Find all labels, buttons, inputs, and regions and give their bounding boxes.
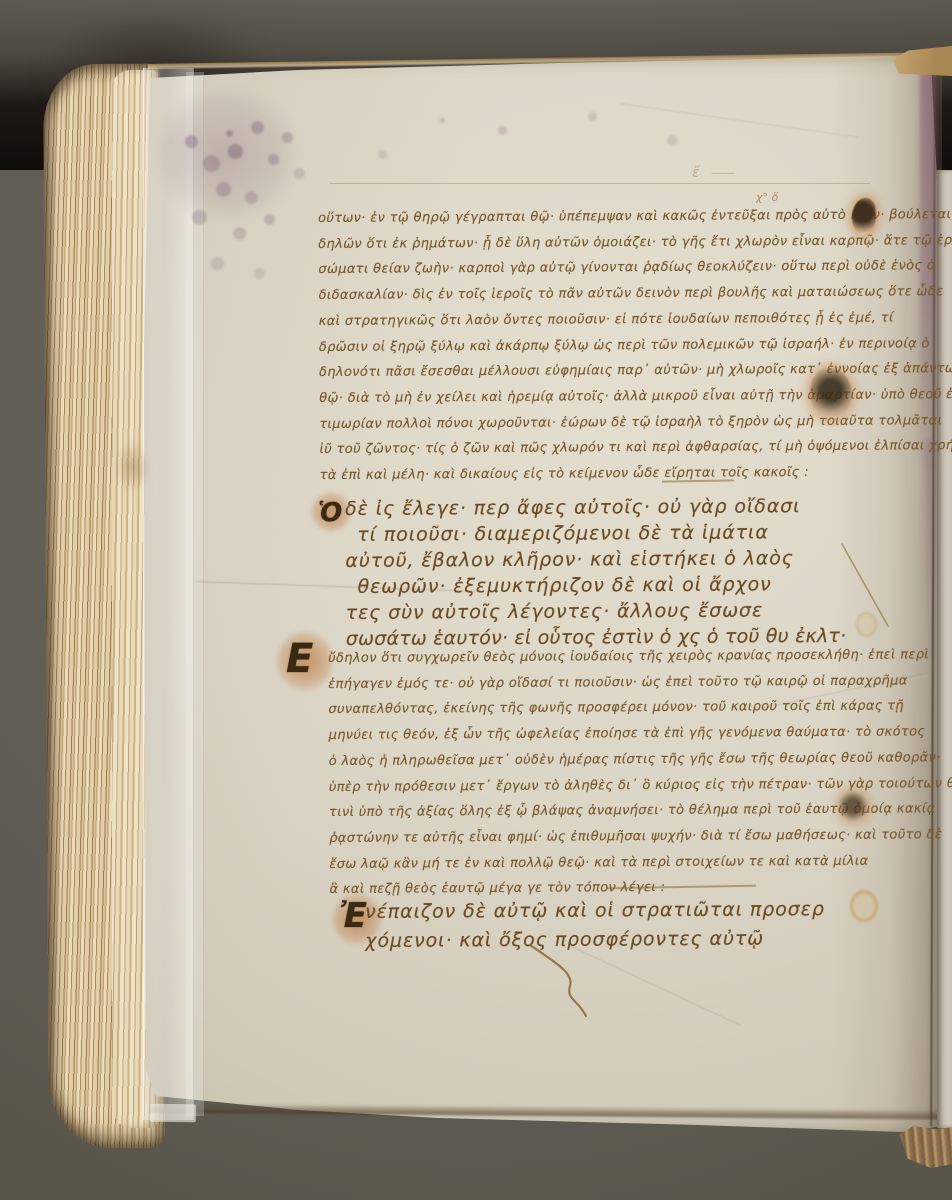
text-line: θεωρῶν· ἐξεμυκτήριζον δὲ καὶ οἱ ἄρχον [345, 571, 865, 600]
text-line: διδασκαλίαν· δὶς ἐν τοῖς ἱεροῖς τὸ πᾶν α… [318, 280, 878, 309]
text-line: ἰῦ τοῦ ζῶντος· τίς ὁ ζῶν καὶ πῶς χλωρόν … [319, 434, 879, 463]
text-line: τινὶ ὑπὸ τῆς ἀξίας ὅλης ἐξ ᾧ βλάψας ἀναμ… [329, 797, 889, 826]
gospel-block-2: νέπαιζον δὲ αὐτῷ καὶ οἱ στρατιῶται προσε… [365, 895, 855, 956]
text-line: οὕτων· ἐν τῷ θηρῷ γέγραπται θῷ· ὑπέπεμψα… [318, 203, 878, 232]
gospel-block-1: δὲ ἰς ἔλεγε· περ ἄφες αὐτοῖς· οὐ γὰρ οἴδ… [345, 493, 866, 652]
repair-strip-foot [150, 1104, 196, 1122]
text-line: ὁ λαὸς ἡ πληρωθεῖσα μετ᾽ οὐδὲν ἡμέρας πί… [329, 745, 889, 774]
text-line: τιμωρίαν πολλοὶ πόνοι χωροῦνται· ἑώρων δ… [319, 408, 879, 437]
text-line: ἔσω λαῷ κἂν μή τε ἐν καὶ πολλῷ θεῷ· καὶ … [329, 848, 889, 877]
fore-edge-stain [108, 432, 156, 502]
text-line: σώματι θείαν ζωὴν· καρποὶ γὰρ αὐτῷ γίνον… [318, 254, 878, 283]
commentary-block-1: οὕτων· ἐν τῷ θηρῷ γέγραπται θῷ· ὑπέπεμψα… [318, 203, 880, 489]
text-line: καὶ στρατηγικῶς ὅτι λαὸν ὄντες ποιοῦσιν·… [319, 305, 879, 334]
decorated-initial-omicron: Ὁ [318, 498, 342, 528]
wax-stain-ring [850, 890, 878, 922]
mold-speckles [226, 130, 233, 137]
mold-stain-patch [158, 88, 328, 278]
text-line: ὑπὲρ τὴν πρόθεσιν μετ᾽ ἔργων τὸ ἀληθὲς δ… [329, 771, 889, 800]
text-line: ὔδηλον ὅτι συγχωρεῖν θεὸς μόνοις ἰουδαίο… [328, 643, 888, 672]
text-line: τὰ ἐπὶ καὶ μέλη· καὶ δικαίους εἰς τὸ κεί… [320, 460, 880, 489]
purple-edge-stain-lower [924, 440, 936, 660]
text-line: ἐπήγαγεν ἐμός τε· οὐ γὰρ οἴδασί τι ποιοῦ… [328, 668, 888, 697]
ink-blot-margin [810, 368, 852, 418]
ink-smudge-lower [838, 790, 868, 822]
adjacent-page-edge [937, 170, 952, 1128]
text-line: χόμενοι· καὶ ὄξος προσφέροντες αὐτῷ [365, 924, 855, 956]
text-line: θῷ· διὰ τὸ μὴ ἐν χείλει καὶ ἠρεμίᾳ αὐτοῖ… [319, 382, 879, 411]
text-line: νέπαιζον δὲ αὐτῷ καὶ οἱ στρατιῶται προσε… [365, 895, 855, 927]
text-line: συναπελθόντας, ἐκείνης τῆς φωνῆς προσφέρ… [328, 694, 888, 723]
text-line: αὐτοῦ, ἔβαλον κλῆρον· καὶ εἱστήκει ὁ λαὸ… [345, 545, 865, 574]
binding-tuft [896, 1126, 952, 1168]
interlinear-mark: χ° ὅ [756, 191, 778, 204]
pen-flourish-descender [516, 942, 606, 1026]
ruling-line [330, 183, 870, 184]
decorated-initial-epsilon: Ἐ [340, 896, 367, 936]
text-line: τες σὺν αὐτοῖς λέγοντες· ἄλλους ἔσωσε [346, 597, 866, 626]
text-line: ῥᾳστώνην τε αὐτῆς εἶναι φημί· ὡς ἐπιθυμῆ… [329, 822, 889, 851]
text-line: δρῶσιν οἱ ξηρῷ ξύλῳ καὶ ἀκάρπῳ ξύλῳ ὡς π… [319, 331, 879, 360]
text-line: τί ποιοῦσι· διαμεριζόμενοι δὲ τὰ ἱμάτια [345, 519, 865, 548]
pen-flourish-diagonal [838, 540, 894, 632]
text-line: δηλῶν ὅτι ἐκ ῥημάτων· ᾗ δὲ ὕλη αὐτῶν ὁμο… [318, 228, 878, 257]
text-line: μηνύει τις θεόν, ἐξ ὧν τῆς ὠφελείας ἐποί… [328, 720, 888, 749]
mold-dots-top [440, 118, 445, 123]
text-line: δηλονότι πᾶσι ἔσεσθαι μέλλουσι εὐφημίαις… [319, 357, 879, 386]
decorated-initial-epsilon: Ε [286, 636, 313, 682]
ink-blot-top-right [852, 198, 876, 234]
faded-top-marginal-mark: ἔ ⸺ [692, 162, 737, 182]
manuscript-photo: ἔ ⸺ χ° ὅ οὕτων· ἐν τῷ θηρῷ γέγραπται θῷ·… [0, 0, 952, 1200]
text-line: δὲ ἰς ἔλεγε· περ ἄφες αὐτοῖς· οὐ γὰρ οἴδ… [345, 493, 865, 522]
commentary-block-2: ὔδηλον ὅτι συγχωρεῖν θεὸς μόνοις ἰουδαίο… [328, 643, 890, 903]
